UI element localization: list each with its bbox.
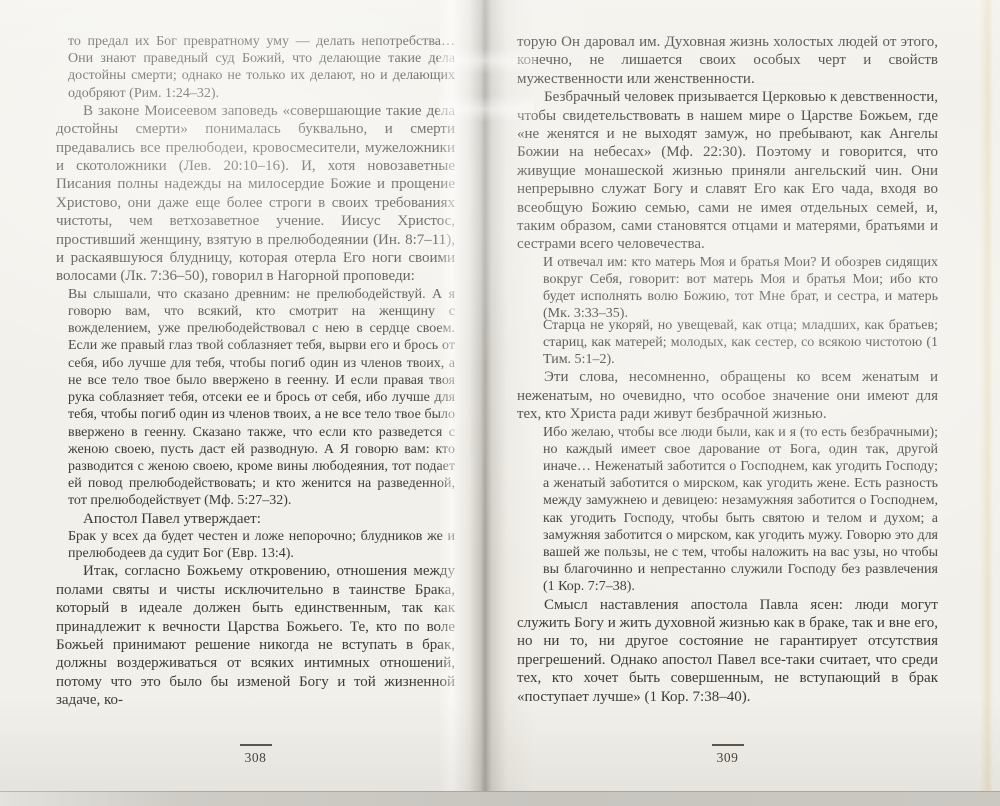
- paragraph: Эти слова, несомненно, обращены ко всем …: [517, 368, 938, 423]
- page-left: то предал их Бог превратному уму — делат…: [0, 0, 490, 792]
- quote-block: Вы слышали, что сказано древним: не прел…: [68, 286, 455, 510]
- page-footer-right: 309: [517, 744, 938, 766]
- quote-block: то предал их Бог превратному уму — делат…: [68, 33, 455, 102]
- quote-block: Ибо желаю, чтобы все люди были, как и я …: [543, 424, 938, 596]
- paragraph: Апостол Павел утверждает:: [56, 510, 455, 528]
- footer-rule: [712, 744, 744, 746]
- page-right: торую Он даровал им. Духовная жизнь холо…: [490, 0, 1000, 792]
- footer-rule: [240, 744, 272, 746]
- book-spread: то предал их Бог превратному уму — делат…: [0, 0, 1000, 792]
- paragraph: Безбрачный человек призывается Церковью …: [517, 88, 938, 254]
- quote-block: И отвечал им: кто матерь Моя и братья Мо…: [543, 254, 938, 323]
- paragraph: Смысл наставления апостола Павла ясен: л…: [517, 596, 938, 706]
- page-left-text: то предал их Бог превратному уму — делат…: [56, 33, 455, 710]
- quote-block: Брак у всех да будет честен и ложе непор…: [68, 528, 455, 562]
- page-right-text: торую Он даровал им. Духовная жизнь холо…: [517, 33, 938, 706]
- bottom-page-edge: [0, 791, 1000, 806]
- page-footer-left: 308: [56, 744, 455, 766]
- page-number: 308: [56, 750, 455, 766]
- paragraph: Итак, согласно Божьему откровению, отнош…: [56, 562, 455, 709]
- paragraph: В законе Моисеевом заповедь «совершающие…: [56, 102, 455, 286]
- quote-block: Старца не укоряй, но увещевай, как отца;…: [543, 317, 938, 369]
- page-number: 309: [517, 750, 938, 766]
- paragraph-continuation: торую Он даровал им. Духовная жизнь холо…: [517, 33, 938, 88]
